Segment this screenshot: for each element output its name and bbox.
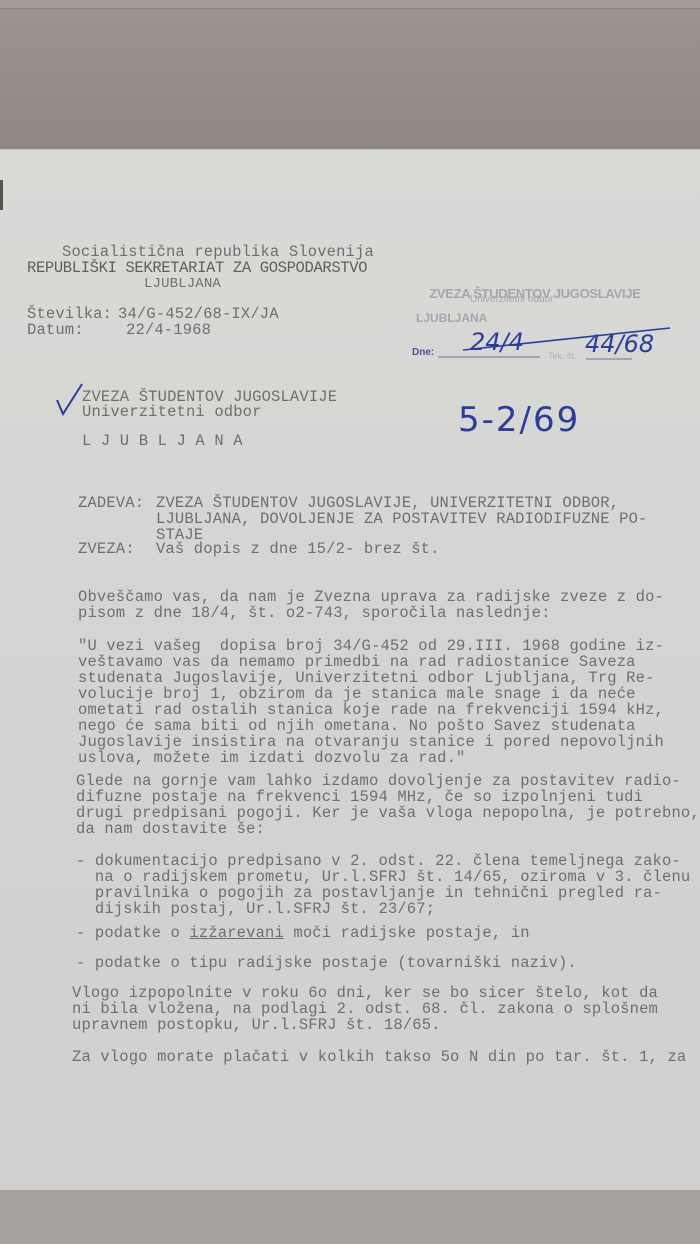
item1-line-1: - dokumentacijo predpisano v 2. odst. 22… <box>76 853 681 869</box>
para2-line-3: drugi predpisani pogoji. Ker je vaša vlo… <box>76 805 700 821</box>
item2-prefix: - podatke o <box>76 924 189 942</box>
item2-suffix: moči radijske postaje, in <box>284 924 530 942</box>
quote-line-3: studenata Jugoslavije, Univerzitetni odb… <box>78 670 655 686</box>
zadeva-line-2: LJUBLJANA, DOVOLJENJE ZA POSTAVITEV RADI… <box>156 511 647 527</box>
para4-line-1: Za vlogo morate plačati v kolkih takso 5… <box>72 1049 686 1065</box>
quote-line-4: volucije broj 1, obzirom da je stanica m… <box>78 686 636 702</box>
handwritten-file-number: 5-2/69 <box>458 400 580 440</box>
para2-line-4: da nam dostavite še: <box>76 821 265 837</box>
para3-line-2: ni bila vložena, na podlagi 2. odst. 68.… <box>72 1001 658 1017</box>
para1-line-2: pisom z dne 18/4, št. o2-743, sporočila … <box>78 605 551 621</box>
zveza-value: Vaš dopis z dne 15/2- brez št. <box>156 541 440 557</box>
quote-line-5: ometati rad ostalih stanica koje rade na… <box>78 702 664 718</box>
zadeva-label: ZADEVA: <box>78 495 144 511</box>
stamp-number-handwritten: 44/68 <box>585 330 654 358</box>
quote-line-8: uslova, možete im izdati dozvolu za rad.… <box>78 750 466 766</box>
quote-line-1: "U vezi vašeg dopisa broj 34/G-452 od 29… <box>78 638 664 654</box>
item3-line-1: - podatke o tipu radijske postaje (tovar… <box>76 955 577 971</box>
zveza-label: ZVEZA: <box>78 541 135 557</box>
quote-line-2: veštavamo vas da nemamo primedbi na rad … <box>78 654 636 670</box>
cardboard-backing-bottom <box>0 1190 700 1244</box>
item1-line-4: dijskih postaj, Ur.l.SFRJ št. 23/67; <box>76 901 435 917</box>
quote-line-7: Jugoslavije insistira na otvaranju stani… <box>78 734 664 750</box>
recipient-city: L J U B L J A N A <box>82 433 243 449</box>
zadeva-line-1: ZVEZA ŠTUDENTOV JUGOSLAVIJE, UNIVERZITET… <box>156 495 619 511</box>
item1-line-3: pravilnika o pogojih za postavljanje in … <box>76 885 662 901</box>
stamp-date-handwritten: 24/4 <box>470 328 524 356</box>
recipient-line2: Univerzitetni odbor <box>82 404 262 420</box>
checkmark-icon <box>55 384 85 418</box>
item2: - podatke o izžarevani moči radijske pos… <box>76 925 530 941</box>
para3-line-1: Vlogo izpopolnite v roku 6o dni, ker se … <box>72 985 658 1001</box>
item2-underlined: izžarevani <box>189 924 284 942</box>
item1-line-2: na o radijskem prometu, Ur.l.SFRJ št. 14… <box>76 869 690 885</box>
para2-line-2: difuzne postaje na frekvenci 1594 MHz, č… <box>76 789 643 805</box>
para3-line-3: upravnem postopku, Ur.l.SFRJ št. 18/65. <box>72 1017 441 1033</box>
quote-line-6: nego će sama biti od njih ometana. No po… <box>78 718 636 734</box>
para1-line-1: Obveščamo vas, da nam je Zvezna uprava z… <box>78 589 664 605</box>
para2-line-1: Glede na gornje vam lahko izdamo dovolje… <box>76 773 681 789</box>
